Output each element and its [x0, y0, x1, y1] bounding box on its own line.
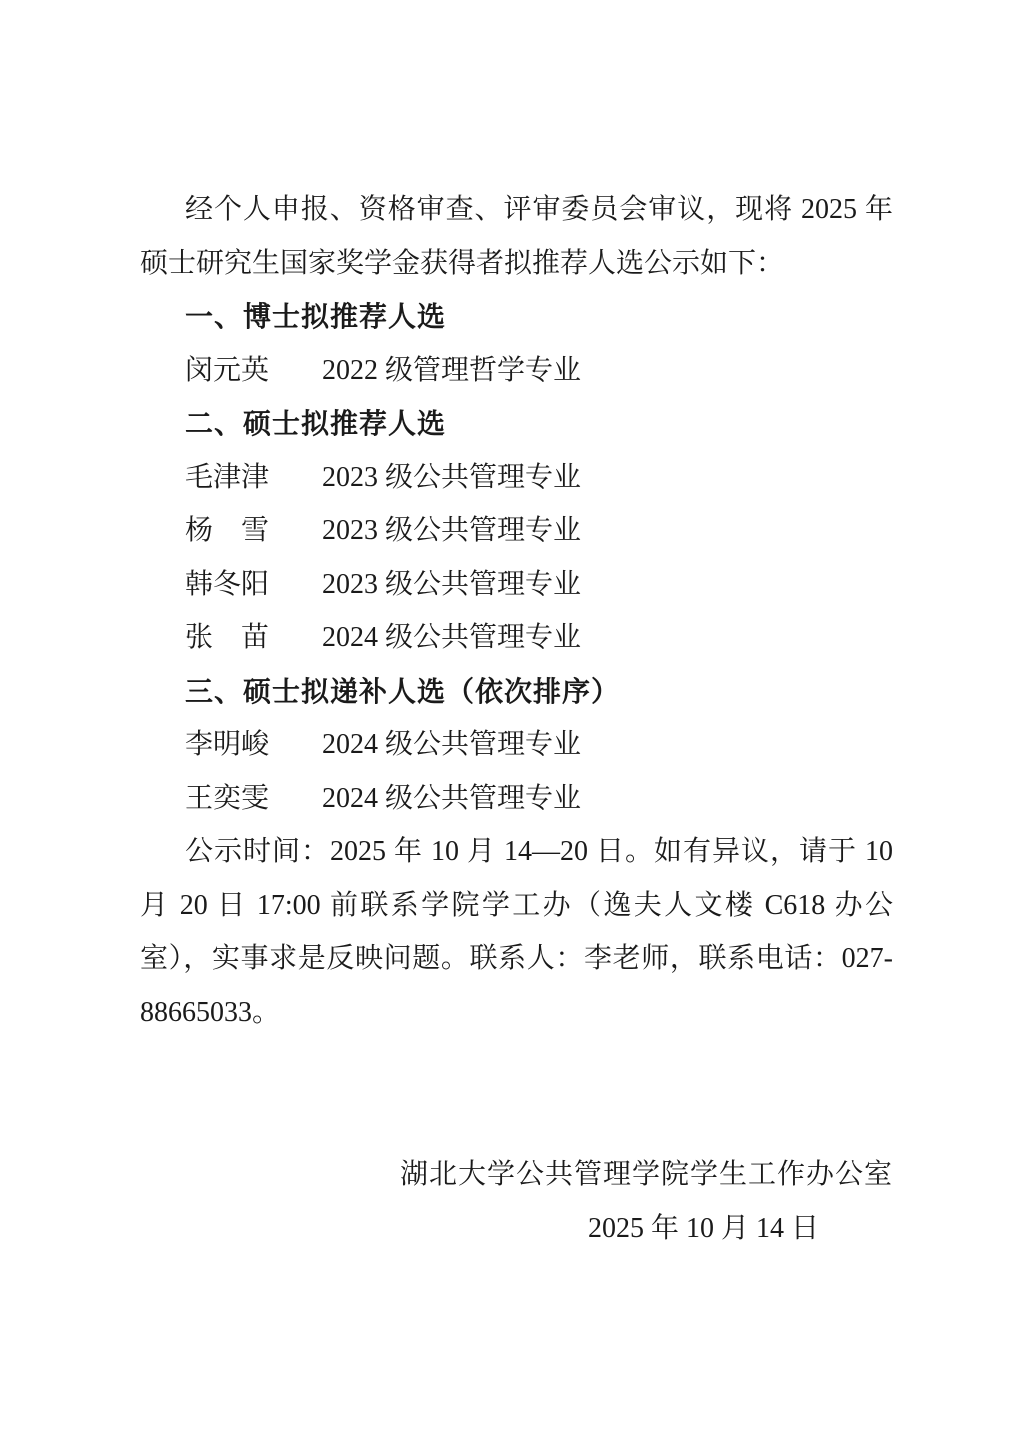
candidate-program: 2023 级公共管理专业: [322, 569, 581, 600]
candidate-program: 2024 级公共管理专业: [322, 783, 581, 814]
candidate-name: 张 苗: [185, 611, 322, 665]
candidate-row: 张 苗2024 级公共管理专业: [140, 611, 893, 665]
candidate-program: 2022 级管理哲学专业: [322, 355, 581, 386]
signature-department: 湖北大学公共管理学院学生工作办公室: [140, 1148, 893, 1202]
candidate-name: 闵元英: [185, 344, 322, 398]
candidate-program: 2024 级公共管理专业: [322, 729, 581, 760]
candidate-program: 2023 级公共管理专业: [322, 515, 581, 546]
candidate-row: 王奕雯2024 级公共管理专业: [140, 772, 893, 826]
candidate-name: 杨 雪: [185, 504, 322, 558]
intro-paragraph: 经个人申报、资格审查、评审委员会审议，现将 2025 年硕士研究生国家奖学金获得…: [140, 183, 893, 290]
signature-block: 湖北大学公共管理学院学生工作办公室 2025 年 10 月 14 日: [140, 1148, 893, 1255]
section-heading-masters: 二、硕士拟推荐人选: [140, 397, 893, 451]
candidate-name: 韩冬阳: [185, 558, 322, 612]
candidate-row: 李明峻2024 级公共管理专业: [140, 718, 893, 772]
notice-paragraph: 公示时间：2025 年 10 月 14—20 日。如有异议，请于 10 月 20…: [140, 825, 893, 1039]
candidate-name: 毛津津: [185, 451, 322, 505]
candidate-row: 闵元英2022 级管理哲学专业: [140, 344, 893, 398]
section-heading-alternates: 三、硕士拟递补人选（依次排序）: [140, 665, 893, 719]
candidate-program: 2023 级公共管理专业: [322, 462, 581, 493]
candidate-program: 2024 级公共管理专业: [322, 622, 581, 653]
candidate-row: 毛津津2023 级公共管理专业: [140, 451, 893, 505]
candidate-row: 杨 雪2023 级公共管理专业: [140, 504, 893, 558]
section-heading-doctoral: 一、博士拟推荐人选: [140, 290, 893, 344]
document-page: 经个人申报、资格审查、评审委员会审议，现将 2025 年硕士研究生国家奖学金获得…: [0, 0, 1024, 1448]
candidate-name: 王奕雯: [185, 772, 322, 826]
candidate-name: 李明峻: [185, 718, 322, 772]
candidate-row: 韩冬阳2023 级公共管理专业: [140, 558, 893, 612]
signature-date: 2025 年 10 月 14 日: [140, 1202, 893, 1256]
